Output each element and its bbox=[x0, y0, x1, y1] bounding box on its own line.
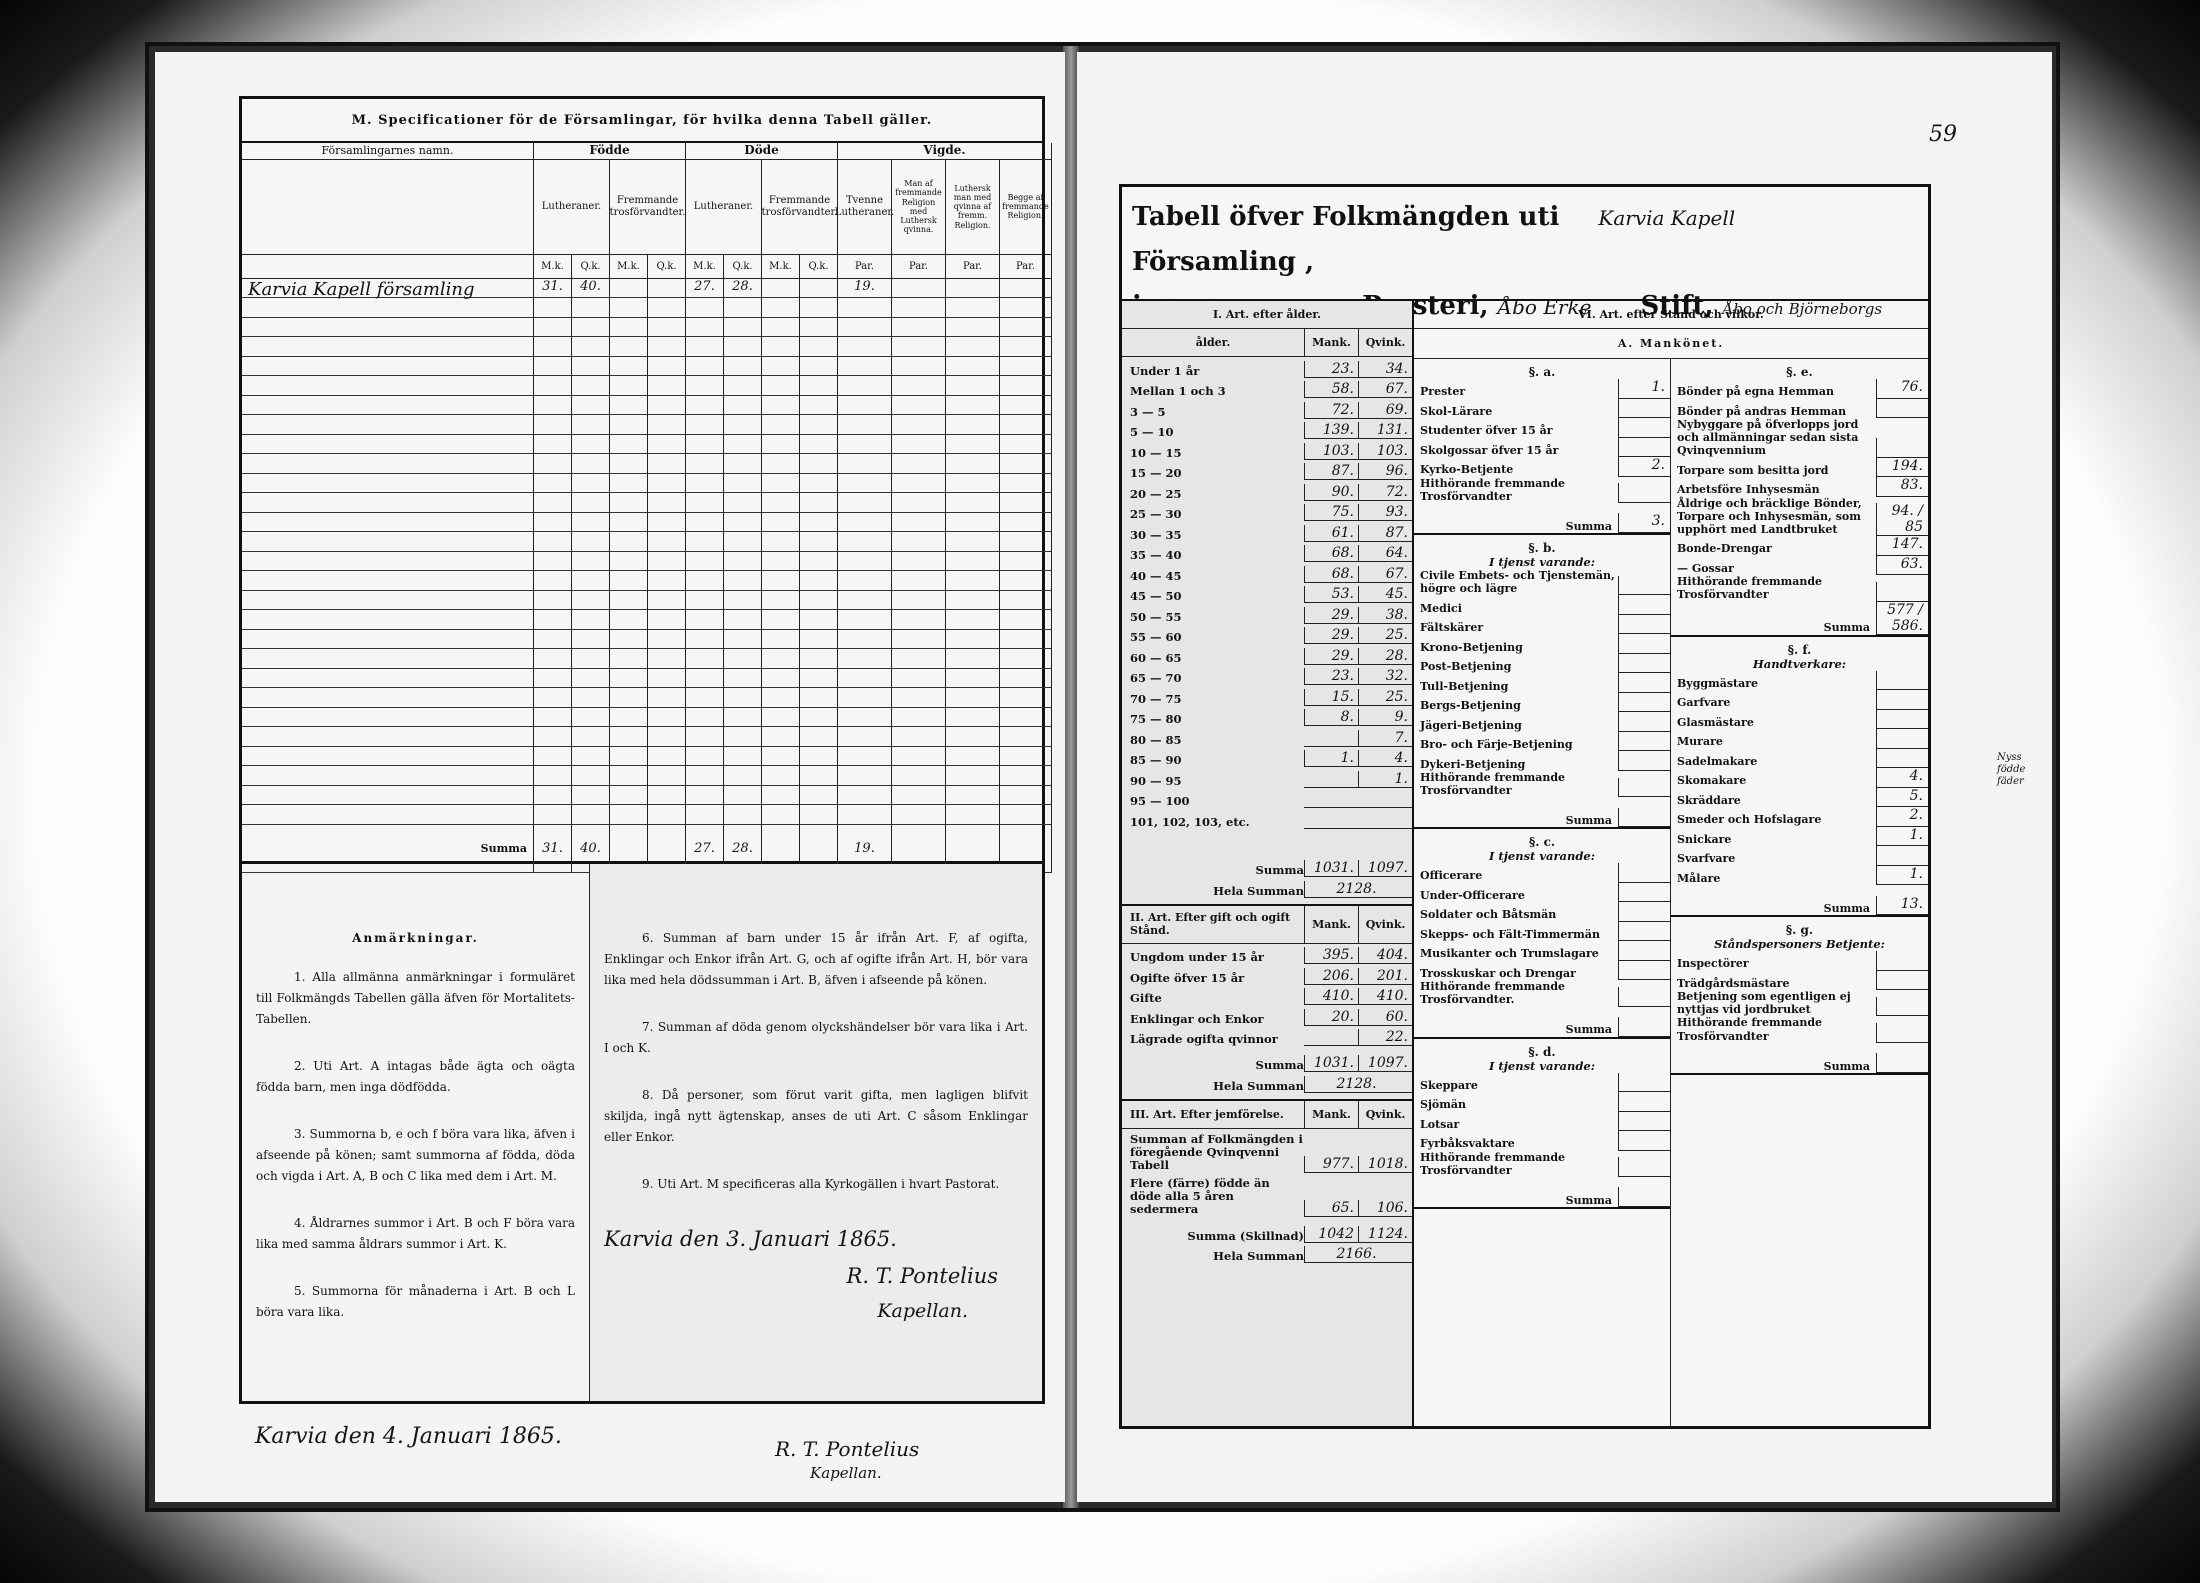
art1-summa: Summa1031.1097. bbox=[1122, 857, 1412, 878]
data-row: 90 — 951. bbox=[1122, 767, 1412, 788]
data-cell bbox=[572, 669, 610, 689]
art1-rows: Under 1 år23.34.Mellan 1 och 358.67.3 — … bbox=[1122, 357, 1412, 829]
mank-value bbox=[1304, 807, 1358, 808]
row-value bbox=[1618, 615, 1670, 635]
row-label: 80 — 85 bbox=[1122, 733, 1304, 747]
column-header: Lutheraner. bbox=[686, 160, 762, 255]
section-title: §. g. bbox=[1671, 917, 1928, 937]
data-cell bbox=[800, 357, 838, 377]
data-row: Nybyggare på öfverlopps jord och allmänn… bbox=[1671, 418, 1928, 458]
row-value: 94. / 85 bbox=[1876, 503, 1928, 536]
row-label: Snickare bbox=[1671, 833, 1876, 846]
data-cell bbox=[838, 454, 892, 474]
row-value: 76. bbox=[1876, 379, 1928, 399]
data-cell bbox=[892, 396, 946, 416]
data-cell bbox=[838, 630, 892, 650]
data-cell bbox=[762, 571, 800, 591]
data-row: 10 — 15103.103. bbox=[1122, 439, 1412, 460]
column-header: Lutheraner. bbox=[534, 160, 610, 255]
data-row: Under 1 år23.34. bbox=[1122, 357, 1412, 378]
data-cell bbox=[946, 357, 1000, 377]
data-cell bbox=[724, 552, 762, 572]
data-row: Ogifte öfver 15 år206.201. bbox=[1122, 964, 1412, 985]
data-cell bbox=[610, 552, 648, 572]
qvink-value: 69. bbox=[1358, 402, 1412, 419]
data-row: 20 — 2590.72. bbox=[1122, 480, 1412, 501]
data-cell bbox=[1000, 591, 1052, 611]
data-cell bbox=[610, 669, 648, 689]
row-value: 2. bbox=[1876, 807, 1928, 827]
data-row: Skolgossar öfver 15 år bbox=[1414, 438, 1670, 458]
mank-value: 29. bbox=[1304, 627, 1358, 644]
data-row: 65 — 7023.32. bbox=[1122, 665, 1412, 686]
row-value bbox=[1618, 595, 1670, 615]
data-row: Skol-Lärare bbox=[1414, 399, 1670, 419]
data-row: Studenter öfver 15 år bbox=[1414, 418, 1670, 438]
signature-name: R. T. Pontelius bbox=[604, 1258, 1028, 1295]
row-value bbox=[1618, 987, 1670, 1007]
section-se: §. e.Bönder på egna Hemman76.Bönder på a… bbox=[1671, 359, 1928, 637]
data-cell bbox=[1000, 318, 1052, 338]
qvink-value: 28. bbox=[1358, 648, 1412, 665]
data-cell bbox=[724, 610, 762, 630]
data-cell bbox=[534, 688, 572, 708]
data-cell bbox=[724, 474, 762, 494]
data-row: Sadelmakare bbox=[1671, 749, 1928, 769]
row-label: 45 — 50 bbox=[1122, 589, 1304, 603]
data-cell bbox=[686, 669, 724, 689]
open-ledger: M. Specificationer för de Församlingar, … bbox=[145, 42, 2060, 1512]
row-value bbox=[1618, 751, 1670, 771]
data-cell bbox=[1000, 805, 1052, 825]
section-summa: Summa577 / 586. bbox=[1671, 602, 1928, 635]
qvink-value: 67. bbox=[1358, 381, 1412, 398]
qvink-value bbox=[1358, 807, 1412, 808]
row-value bbox=[1618, 712, 1670, 732]
data-cell bbox=[610, 337, 648, 357]
mank-value: 72. bbox=[1304, 402, 1358, 419]
data-cell bbox=[686, 337, 724, 357]
data-row: 40 — 4568.67. bbox=[1122, 562, 1412, 583]
data-cell bbox=[762, 415, 800, 435]
data-cell bbox=[686, 454, 724, 474]
mank-value: 61. bbox=[1304, 525, 1358, 542]
data-cell bbox=[892, 532, 946, 552]
data-cell bbox=[946, 435, 1000, 455]
parish-name-cell bbox=[242, 571, 534, 591]
row-value bbox=[1876, 729, 1928, 749]
section-subtitle: Handtverkare: bbox=[1671, 657, 1928, 671]
remarks-column-1: Anmärkningar. 1. Alla allmänna anmärknin… bbox=[242, 864, 590, 1401]
column-header: Par. bbox=[1000, 255, 1052, 279]
row-value bbox=[1876, 582, 1928, 602]
data-cell bbox=[686, 747, 724, 767]
data-cell bbox=[686, 357, 724, 377]
data-cell bbox=[762, 610, 800, 630]
data-cell bbox=[1000, 708, 1052, 728]
data-cell bbox=[686, 805, 724, 825]
row-value bbox=[1618, 576, 1670, 596]
data-cell bbox=[534, 747, 572, 767]
data-row: Enklingar och Enkor20.60. bbox=[1122, 1005, 1412, 1026]
remark: 3. Summorna b, e och f böra vara lika, ä… bbox=[256, 1124, 575, 1187]
data-cell bbox=[800, 454, 838, 474]
row-label: Soldater och Båtsmän bbox=[1414, 908, 1618, 921]
data-cell bbox=[1000, 357, 1052, 377]
data-cell bbox=[1000, 747, 1052, 767]
row-label: Hithörande fremmande Trosförvandter bbox=[1671, 575, 1876, 601]
data-cell bbox=[838, 708, 892, 728]
data-cell bbox=[610, 435, 648, 455]
row-label: 70 — 75 bbox=[1122, 692, 1304, 706]
parish-name-cell bbox=[242, 298, 534, 318]
data-cell bbox=[892, 727, 946, 747]
data-cell bbox=[892, 766, 946, 786]
data-cell bbox=[838, 435, 892, 455]
data-row: Jägeri-Betjening bbox=[1414, 712, 1670, 732]
row-label: Kyrko-Betjente bbox=[1414, 463, 1618, 476]
data-row: Krono-Betjening bbox=[1414, 634, 1670, 654]
data-cell bbox=[838, 747, 892, 767]
data-cell bbox=[534, 298, 572, 318]
data-cell bbox=[892, 513, 946, 533]
data-cell bbox=[762, 591, 800, 611]
parish-name-cell bbox=[242, 649, 534, 669]
row-label: 65 — 70 bbox=[1122, 671, 1304, 685]
data-cell bbox=[572, 493, 610, 513]
data-cell bbox=[534, 435, 572, 455]
blank-header bbox=[242, 160, 534, 255]
data-cell bbox=[762, 337, 800, 357]
qvink-value bbox=[1358, 828, 1412, 829]
data-row: Mellan 1 och 358.67. bbox=[1122, 378, 1412, 399]
row-value: 4. bbox=[1876, 768, 1928, 788]
remark: 5. Summorna för månaderna i Art. B och L… bbox=[256, 1281, 575, 1323]
data-cell bbox=[800, 591, 838, 611]
data-cell bbox=[946, 708, 1000, 728]
qvink-value: 96. bbox=[1358, 463, 1412, 480]
data-cell bbox=[648, 747, 686, 767]
parish-name-cell bbox=[242, 493, 534, 513]
data-cell bbox=[572, 415, 610, 435]
data-row: 101, 102, 103, etc. bbox=[1122, 808, 1412, 829]
data-cell bbox=[762, 513, 800, 533]
row-label: Bonde-Drengar bbox=[1671, 542, 1876, 555]
row-label: Smeder och Hofslagare bbox=[1671, 813, 1876, 826]
row-value bbox=[1876, 846, 1928, 866]
art-m-specification-table: M. Specificationer för de Församlingar, … bbox=[239, 96, 1045, 864]
data-cell bbox=[800, 805, 838, 825]
mank-value: 1. bbox=[1304, 750, 1358, 767]
signature-title: Kapellan. bbox=[604, 1295, 1028, 1328]
data-cell bbox=[724, 415, 762, 435]
data-cell: 40. bbox=[572, 279, 610, 299]
row-label: Studenter öfver 15 år bbox=[1414, 424, 1618, 437]
section-subtitle: Ståndspersoners Betjente: bbox=[1671, 937, 1928, 951]
mank-value: 68. bbox=[1304, 566, 1358, 583]
row-label: Officerare bbox=[1414, 869, 1618, 882]
data-cell bbox=[572, 805, 610, 825]
data-cell bbox=[946, 610, 1000, 630]
data-cell bbox=[762, 474, 800, 494]
parish-name-cell bbox=[242, 474, 534, 494]
data-row: Hithörande fremmande Trosförvandter bbox=[1414, 771, 1670, 797]
data-cell bbox=[1000, 474, 1052, 494]
row-value: 1. bbox=[1876, 827, 1928, 847]
section-sf: §. f.Handtverkare:ByggmästareGarfvareGla… bbox=[1671, 637, 1928, 918]
mank-value: 20. bbox=[1304, 1009, 1358, 1026]
data-cell bbox=[534, 649, 572, 669]
sections-a-d: §. a.Prester1.Skol-LärareStudenter öfver… bbox=[1414, 359, 1671, 1426]
data-cell bbox=[648, 727, 686, 747]
data-cell bbox=[724, 513, 762, 533]
data-cell bbox=[838, 318, 892, 338]
data-cell bbox=[648, 805, 686, 825]
data-cell bbox=[534, 669, 572, 689]
row-label: Hithörande fremmande Trosförvandter bbox=[1414, 1151, 1618, 1177]
data-cell bbox=[838, 396, 892, 416]
column-header: Man af fremmande Religion med Luthersk q… bbox=[892, 160, 946, 255]
data-cell bbox=[534, 630, 572, 650]
row-label: 25 — 30 bbox=[1122, 507, 1304, 521]
data-cell bbox=[648, 649, 686, 669]
remark: 8. Då personer, som förut varit gifta, m… bbox=[604, 1085, 1028, 1148]
column-header: Födde bbox=[534, 143, 686, 160]
data-cell bbox=[724, 298, 762, 318]
section-sg: §. g.Ståndspersoners Betjente:Inspectöre… bbox=[1671, 917, 1928, 1075]
data-row: 15 — 2087.96. bbox=[1122, 460, 1412, 481]
data-row: Musikanter och Trumslagare bbox=[1414, 941, 1670, 961]
data-cell bbox=[946, 747, 1000, 767]
data-cell bbox=[946, 688, 1000, 708]
data-cell bbox=[1000, 376, 1052, 396]
qvink-value: 1. bbox=[1358, 771, 1412, 788]
section-title: §. e. bbox=[1671, 359, 1928, 379]
column-header: M.k. bbox=[686, 255, 724, 279]
parish-name-cell bbox=[242, 805, 534, 825]
data-cell bbox=[648, 688, 686, 708]
column-header: Par. bbox=[838, 255, 892, 279]
data-cell bbox=[648, 298, 686, 318]
row-value bbox=[1618, 634, 1670, 654]
data-cell bbox=[800, 669, 838, 689]
data-cell bbox=[1000, 786, 1052, 806]
data-row: Skepps- och Fält-Timmermän bbox=[1414, 922, 1670, 942]
data-cell bbox=[838, 415, 892, 435]
data-cell bbox=[946, 513, 1000, 533]
data-cell bbox=[534, 318, 572, 338]
data-cell bbox=[686, 513, 724, 533]
data-cell bbox=[762, 532, 800, 552]
column-header: Döde bbox=[686, 143, 838, 160]
qvink-value: 32. bbox=[1358, 668, 1412, 685]
data-cell bbox=[572, 708, 610, 728]
data-cell bbox=[572, 688, 610, 708]
section-title: §. c. bbox=[1414, 829, 1670, 849]
data-cell bbox=[1000, 435, 1052, 455]
row-label: Byggmästare bbox=[1671, 677, 1876, 690]
data-cell bbox=[686, 298, 724, 318]
row-label: 75 — 80 bbox=[1122, 712, 1304, 726]
mank-value: 23. bbox=[1304, 361, 1358, 378]
data-row: Soldater och Båtsmän bbox=[1414, 902, 1670, 922]
row-value bbox=[1618, 902, 1670, 922]
qvink-value: 404. bbox=[1358, 947, 1412, 964]
qvink-value: 4. bbox=[1358, 750, 1412, 767]
column-header: Par. bbox=[946, 255, 1000, 279]
row-label: Prester bbox=[1414, 385, 1618, 398]
row-value bbox=[1618, 693, 1670, 713]
data-cell bbox=[838, 649, 892, 669]
row-label: Skepps- och Fält-Timmermän bbox=[1414, 928, 1618, 941]
data-cell bbox=[800, 474, 838, 494]
column-header: Q.k. bbox=[572, 255, 610, 279]
data-cell bbox=[892, 688, 946, 708]
data-cell bbox=[946, 474, 1000, 494]
mank-value: 139. bbox=[1304, 422, 1358, 439]
row-label: 85 — 90 bbox=[1122, 753, 1304, 767]
row-label: Lägrade ogifta qvinnor bbox=[1122, 1032, 1304, 1046]
data-cell bbox=[892, 298, 946, 318]
data-cell bbox=[610, 786, 648, 806]
data-cell bbox=[648, 318, 686, 338]
remarks-section: Anmärkningar. 1. Alla allmänna anmärknin… bbox=[239, 864, 1045, 1404]
qvink-value: 1018. bbox=[1358, 1156, 1412, 1173]
data-cell bbox=[534, 493, 572, 513]
left-page: M. Specificationer för de Församlingar, … bbox=[155, 52, 1065, 1502]
data-cell bbox=[1000, 415, 1052, 435]
row-label: Medici bbox=[1414, 602, 1618, 615]
sections-e-g: §. e.Bönder på egna Hemman76.Bönder på a… bbox=[1671, 359, 1928, 1426]
qvink-value: 25. bbox=[1358, 627, 1412, 644]
remark: 9. Uti Art. M specificeras alla Kyrkogäl… bbox=[604, 1174, 1028, 1195]
column-header: Fremmande trosförvandter. bbox=[762, 160, 838, 255]
column-header: M.k. bbox=[610, 255, 648, 279]
row-label: Skeppare bbox=[1414, 1079, 1618, 1092]
data-cell bbox=[838, 513, 892, 533]
data-row: Tull-Betjening bbox=[1414, 673, 1670, 693]
data-cell bbox=[946, 279, 1000, 299]
row-label: Hithörande fremmande Trosförvandter bbox=[1671, 1016, 1876, 1042]
row-label: Skol-Lärare bbox=[1414, 405, 1618, 418]
art1-hela-summan: Hela Summan2128. bbox=[1122, 877, 1412, 898]
data-cell bbox=[572, 571, 610, 591]
data-cell bbox=[534, 474, 572, 494]
mank-value: 29. bbox=[1304, 648, 1358, 665]
data-cell bbox=[610, 591, 648, 611]
row-value bbox=[1618, 778, 1670, 798]
summa-label: Summa bbox=[1671, 621, 1876, 634]
data-cell bbox=[610, 805, 648, 825]
data-cell bbox=[800, 610, 838, 630]
data-cell bbox=[610, 708, 648, 728]
parish-name-cell bbox=[242, 669, 534, 689]
qvink-value: 22. bbox=[1358, 1029, 1412, 1046]
row-value bbox=[1876, 1023, 1928, 1043]
data-cell bbox=[946, 493, 1000, 513]
data-cell bbox=[648, 493, 686, 513]
data-row: Målare1. bbox=[1671, 866, 1928, 886]
art6-subtitle: A. Mankönet. bbox=[1414, 329, 1928, 359]
data-cell bbox=[534, 357, 572, 377]
data-cell bbox=[892, 610, 946, 630]
data-cell bbox=[800, 396, 838, 416]
data-cell bbox=[648, 786, 686, 806]
mank-value: 75. bbox=[1304, 504, 1358, 521]
data-cell bbox=[686, 630, 724, 650]
data-cell bbox=[800, 298, 838, 318]
data-row: Hithörande fremmande Trosförvandter bbox=[1671, 1016, 1928, 1042]
data-row: Hithörande fremmande Trosförvandter. bbox=[1414, 980, 1670, 1006]
row-label: Skräddare bbox=[1671, 794, 1876, 807]
parish-name-cell bbox=[242, 786, 534, 806]
qvink-value: 7. bbox=[1358, 730, 1412, 747]
data-cell bbox=[800, 747, 838, 767]
signature-place-date: Karvia den 3. Januari 1865. bbox=[604, 1221, 1028, 1258]
data-row: Lotsar bbox=[1414, 1112, 1670, 1132]
row-label: Civile Embets- och Tjenstemän, högre och… bbox=[1414, 569, 1618, 595]
data-row: Skeppare bbox=[1414, 1073, 1670, 1093]
remarks-column-2: 6. Summan af barn under 15 år ifrån Art.… bbox=[590, 864, 1042, 1401]
data-cell bbox=[946, 454, 1000, 474]
row-label: Svarfvare bbox=[1671, 852, 1876, 865]
data-cell bbox=[534, 610, 572, 630]
data-cell bbox=[648, 279, 686, 299]
qvink-value: 38. bbox=[1358, 607, 1412, 624]
data-cell bbox=[1000, 454, 1052, 474]
row-value bbox=[1618, 1157, 1670, 1177]
data-cell bbox=[892, 669, 946, 689]
data-cell bbox=[892, 318, 946, 338]
parish-name-cell: Karvia Kapell församling bbox=[242, 279, 534, 299]
qvink-value: 131. bbox=[1358, 422, 1412, 439]
data-cell bbox=[686, 318, 724, 338]
qvink-value: 410. bbox=[1358, 988, 1412, 1005]
data-row: Byggmästare bbox=[1671, 671, 1928, 691]
data-row: Officerare bbox=[1414, 863, 1670, 883]
data-cell bbox=[724, 786, 762, 806]
data-cell bbox=[724, 454, 762, 474]
art3-section: III. Art. Efter jemförelse.Mank.Qvink. S… bbox=[1122, 1099, 1412, 1264]
data-cell bbox=[572, 591, 610, 611]
page-number: 59 bbox=[1929, 122, 1957, 147]
data-cell bbox=[1000, 396, 1052, 416]
mank-value: 15. bbox=[1304, 689, 1358, 706]
row-label: Bönder på egna Hemman bbox=[1671, 385, 1876, 398]
remark: 6. Summan af barn under 15 år ifrån Art.… bbox=[604, 928, 1028, 991]
data-cell bbox=[648, 474, 686, 494]
section-sd: §. d.I tjenst varande:SkeppareSjömänLots… bbox=[1414, 1039, 1670, 1209]
data-cell bbox=[610, 571, 648, 591]
data-cell bbox=[946, 591, 1000, 611]
row-value: 194. bbox=[1876, 458, 1928, 478]
parish-name-cell bbox=[242, 376, 534, 396]
data-cell bbox=[610, 474, 648, 494]
data-cell bbox=[838, 376, 892, 396]
parish-name-cell bbox=[242, 337, 534, 357]
data-cell bbox=[892, 435, 946, 455]
data-cell bbox=[762, 727, 800, 747]
data-cell bbox=[946, 552, 1000, 572]
data-cell bbox=[762, 357, 800, 377]
summa-value bbox=[1876, 1053, 1928, 1073]
section-title: §. f. bbox=[1671, 637, 1928, 657]
data-cell bbox=[892, 571, 946, 591]
row-label: Mellan 1 och 3 bbox=[1122, 384, 1304, 398]
row-value: 83. bbox=[1876, 477, 1928, 497]
row-value bbox=[1876, 971, 1928, 991]
data-cell bbox=[1000, 493, 1052, 513]
